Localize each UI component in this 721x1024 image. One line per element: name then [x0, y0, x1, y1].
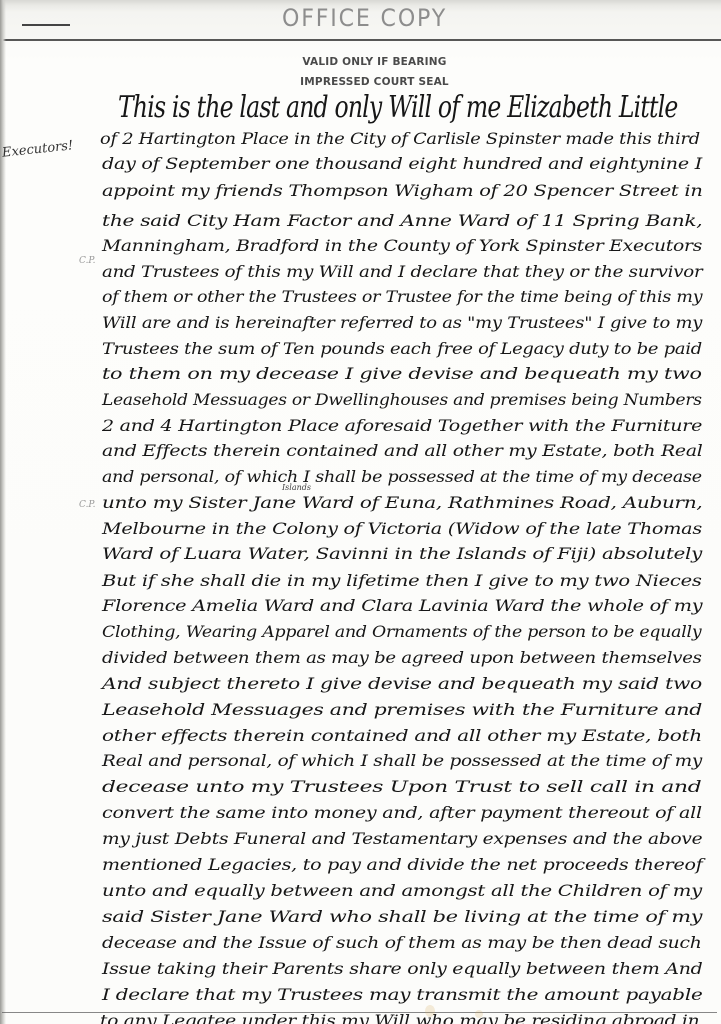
- will-text-line: divided between them as may be agreed up…: [102, 649, 702, 667]
- will-text-line: decease unto my Trustees Upon Trust to s…: [102, 778, 701, 796]
- paper-stain: [475, 1010, 483, 1018]
- will-text-line: day of September one thousand eight hund…: [102, 155, 702, 173]
- will-text-line: to any Legatee under this my Will who ma…: [100, 1012, 699, 1024]
- will-text-line: said Sister Jane Ward who shall be livin…: [102, 908, 702, 926]
- margin-mark: C.P.: [79, 500, 96, 510]
- will-text-line: Melbourne in the Colony of Victoria (Wid…: [102, 520, 702, 538]
- will-text-line: unto and equally between and amongst all…: [102, 882, 702, 900]
- margin-mark: C.P.: [79, 256, 96, 266]
- will-text-line: Florence Amelia Ward and Clara Lavinia W…: [102, 597, 702, 615]
- will-text-line: unto my Sister Jane Ward of Euna, Rathmi…: [102, 494, 702, 512]
- document-page: OFFICE COPY VALID ONLY IF BEARING IMPRES…: [0, 0, 721, 1024]
- will-text-line: But if she shall die in my lifetime then…: [102, 572, 702, 590]
- will-text-line: appoint my friends Thompson Wigham of 20…: [102, 182, 703, 200]
- will-text-line: mentioned Legacies, to pay and divide th…: [102, 856, 703, 874]
- seal-notice-line-1: VALID ONLY IF BEARING: [0, 56, 721, 68]
- will-text-line: and Effects therein contained and all ot…: [102, 442, 703, 460]
- will-text-line: And subject thereto I give devise and be…: [102, 675, 702, 693]
- will-text-line: to them on my decease I give devise and …: [102, 365, 702, 383]
- will-text-line: Manningham, Bradford in the County of Yo…: [102, 237, 702, 255]
- will-text-line: 2 and 4 Hartington Place aforesaid Toget…: [102, 417, 702, 435]
- stamp-mark: [22, 24, 70, 26]
- will-text-line: Clothing, Wearing Apparel and Ornaments …: [102, 623, 701, 641]
- will-text-line: of 2 Hartington Place in the City of Car…: [100, 130, 700, 148]
- paper-stain: [425, 1005, 435, 1017]
- will-text-line: other effects therein contained and all …: [102, 727, 702, 745]
- header-rule: [0, 39, 721, 41]
- will-text-line: Issue taking their Parents share only eq…: [102, 960, 703, 978]
- will-text-line: Trustees the sum of Ten pounds each free…: [102, 340, 702, 358]
- will-text-line: decease and the Issue of such of them as…: [102, 934, 702, 952]
- will-text-line: Will are and is hereinafter referred to …: [102, 314, 702, 332]
- will-text-line: Real and personal, of which I shall be p…: [102, 752, 702, 770]
- will-text-line: the said City Ham Factor and Anne Ward o…: [102, 212, 702, 230]
- margin-note-executors: Executors!: [1, 138, 74, 160]
- will-text-line: Leasehold Messuages or Dwellinghouses an…: [102, 391, 702, 409]
- will-text-line: Ward of Luara Water, Savinni in the Isla…: [102, 545, 702, 563]
- will-text-line: Leasehold Messuages and premises with th…: [102, 701, 702, 719]
- office-copy-stamp: OFFICE COPY: [282, 4, 457, 32]
- bottom-rule: [2, 1012, 717, 1013]
- seal-notice-line-2: IMPRESSED COURT SEAL: [0, 76, 721, 88]
- will-text-line: my just Debts Funeral and Testamentary e…: [102, 830, 702, 848]
- will-text-line: of them or other the Trustees or Trustee…: [102, 288, 702, 306]
- will-text-line: and personal, of which I shall be posses…: [102, 468, 702, 486]
- will-title-line: This is the last and only Will of me Eli…: [118, 90, 678, 125]
- will-text-line: I declare that my Trustees may transmit …: [102, 986, 703, 1004]
- will-text-line: convert the same into money and, after p…: [102, 804, 702, 822]
- will-text-line: and Trustees of this my Will and I decla…: [102, 263, 702, 281]
